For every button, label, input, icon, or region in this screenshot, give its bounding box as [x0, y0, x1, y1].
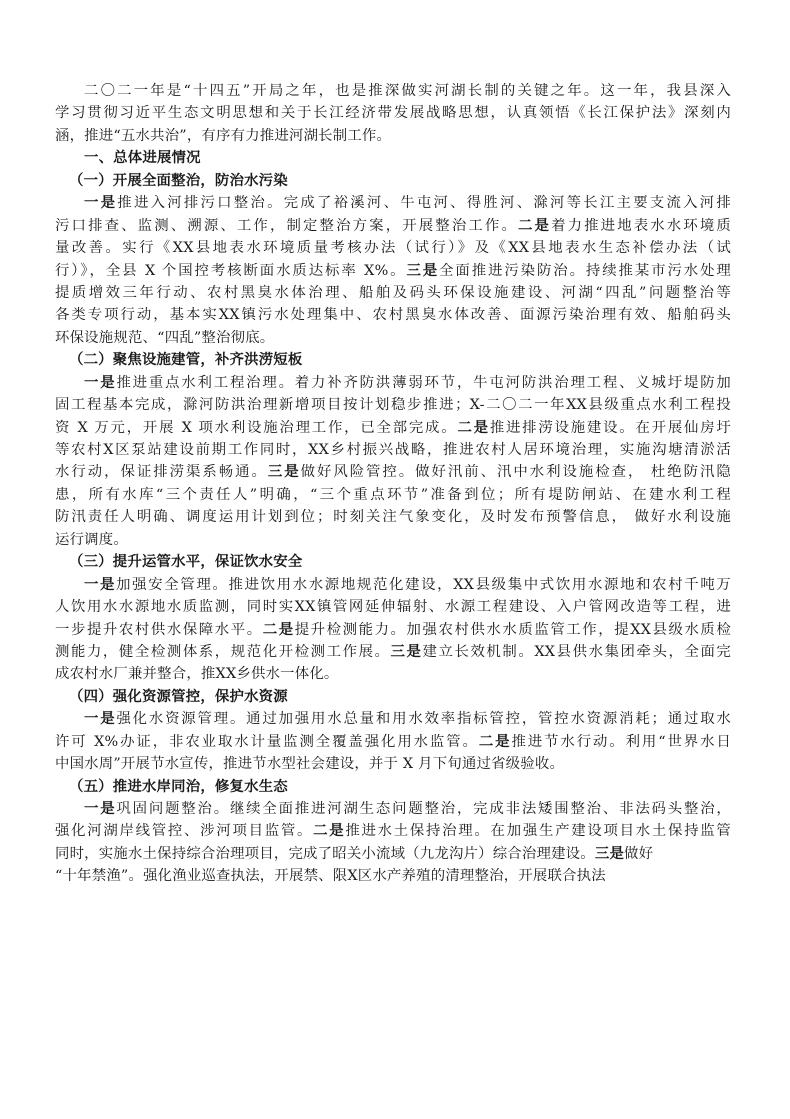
body-line: 资 X 万元，开展 X 项水利设施治理工作，已全部完成。二是推进排涝设施建设。在…	[55, 417, 731, 439]
lead-phrase: 一是	[84, 577, 116, 593]
body-text: 水行动，保证排涝渠系畅通。	[55, 464, 268, 480]
body-line: 成农村水厂兼并整合，推XX乡供水一体化。	[55, 663, 731, 685]
document-page: 二〇二一年是“十四五”开局之年，也是推深做实河湖长制的关键之年。这一年，我县深入…	[55, 80, 731, 888]
body-line: 防汛责任人明确、调度运用计划到位；时刻关注气象变化，及时发布预警信息， 做好水利…	[55, 506, 731, 528]
body-text: 一步提升农村供水保障水平。	[55, 622, 263, 638]
body-text: 资 X 万元，开展 X 项水利设施治理工作，已全部完成。	[55, 420, 457, 436]
body-line: 各类专项行动，基本实XX镇污水处理集中、农村黑臭水体改善、面源污染治理有效、船舶…	[55, 304, 731, 326]
body-text: 巩固问题整治。继续全面推进河湖生态问题整治，完成非法矮围整治、非法码头整治，	[116, 801, 731, 817]
lead-phrase: 二是	[313, 823, 345, 839]
subsection-heading: （三）提升运管水平，保证饮水安全	[55, 551, 731, 573]
body-line: 污口排查、监测、溯源、工作，制定整治方案，开展整治工作。二是着力推进地表水水环境…	[55, 215, 731, 237]
body-text: 污口排查、监测、溯源、工作，制定整治方案，开展整治工作。	[55, 218, 518, 234]
body-line: 一是加强安全管理。推进饮用水水源地规范化建设，XX县级集中式饮用水源地和农村千吨…	[55, 574, 731, 596]
body-text: 推进排涝设施建设。在开展仙房圩	[490, 420, 731, 436]
subsection-heading: （一）开展全面整治，防治水污染	[55, 170, 731, 192]
subsection-heading: （二）聚焦设施建管，补齐洪涝短板	[55, 349, 731, 371]
body-text: 推进节水行动。利用“世界水日	[511, 734, 731, 750]
body-line: 测能力，健全检测体系，规范化开检测工作展。三是建立长效机制。XX县供水集团牵头，…	[55, 641, 731, 663]
body-line: 水行动，保证排涝渠系畅通。三是做好风险管控。做好汛前、汛中水利设施检查， 杜绝防…	[55, 461, 731, 483]
body-line: 行）》，全县 X 个国控考核断面水质达标率 X%。三是全面推进污染防治。持续推某…	[55, 260, 731, 282]
body-text: 行）》，全县 X 个国控考核断面水质达标率 X%。	[55, 263, 406, 279]
intro-line: 涵，推进“五水共治”，有序有力推进河湖长制工作。	[55, 125, 731, 147]
body-text: 推进入河排污口整治。完成了裕溪河、牛屯河、得胜河、滁河等长江主要支流入河排	[117, 195, 731, 211]
lead-phrase: 二是	[263, 622, 295, 638]
body-line: 同时，实施水土保持综合治理项目，完成了昭关小流域（九龙沟片）综合治理建设。三是做…	[55, 843, 731, 865]
body-text: 推进重点水利工程治理。着力补齐防洪薄弱环节，牛屯河防洪治理工程、义城圩堤防加	[116, 375, 731, 391]
lead-phrase: 二是	[518, 218, 551, 234]
lead-phrase: 三是	[268, 464, 301, 480]
lead-phrase: 二是	[479, 734, 512, 750]
body-line: 运行调度。	[55, 529, 731, 551]
body-text: 做好	[624, 846, 653, 862]
body-line: 一是巩固问题整治。继续全面推进河湖生态问题整治，完成非法矮围整治、非法码头整治，	[55, 798, 731, 820]
body-text: 全面推进污染防治。持续推某市污水处理	[439, 263, 731, 279]
section-heading: 一、总体进展情况	[55, 147, 731, 169]
lead-phrase: 三是	[595, 846, 624, 862]
body-text: 同时，实施水土保持综合治理项目，完成了昭关小流域（九龙沟片）综合治理建设。	[55, 846, 595, 862]
body-line: 人饮用水水源地水质监测，同时实XX镇管网延伸辐射、水源工程建设、入户管网改造等工…	[55, 596, 731, 618]
lead-phrase: 一是	[84, 711, 116, 727]
body-line: 环保设施规范、“四乱”整治彻底。	[55, 327, 731, 349]
intro-line: 学习贯彻习近平生态文明思想和关于长江经济带发展战略思想，认真领悟《长江保护法》深…	[55, 102, 731, 124]
body-line: 一步提升农村供水保障水平。二是提升检测能力。加强农村供水水质监管工作，提XX县级…	[55, 619, 731, 641]
intro-line: 二〇二一年是“十四五”开局之年，也是推深做实河湖长制的关键之年。这一年，我县深入	[55, 80, 731, 102]
subsection-heading: （四）强化资源管控，保护水资源	[55, 686, 731, 708]
body-line: 一是强化水资源管理。通过加强用水总量和用水效率指标管控，管控水资源消耗；通过取水	[55, 708, 731, 730]
body-text: 强化水资源管理。通过加强用水总量和用水效率指标管控，管控水资源消耗；通过取水	[116, 711, 731, 727]
lead-phrase: 二是	[457, 420, 489, 436]
lead-phrase: 一是	[84, 801, 116, 817]
body-line: 等农村X区泵站建设前期工作同时，XX乡村振兴战略，推进农村人居环境治理，实施沟塘…	[55, 439, 731, 461]
body-line: 量改善。实行《XX县地表水环境质量考核办法（试行）》及《XX县地表水生态补偿办法…	[55, 237, 731, 259]
body-line: 提质增效三年行动、农村黑臭水体治理、船舶及码头环保设施建设、河湖“四乱”问题整治…	[55, 282, 731, 304]
body-text: 提升检测能力。加强农村供水水质监管工作，提XX县级水质检	[295, 622, 731, 638]
body-line: 一是推进入河排污口整治。完成了裕溪河、牛屯河、得胜河、滁河等长江主要支流入河排	[55, 192, 731, 214]
lead-phrase: 一是	[84, 195, 117, 211]
body-text: 建立长效机制。XX县供水集团牵头，全面完	[423, 644, 732, 660]
body-text: 加强安全管理。推进饮用水水源地规范化建设，XX县级集中式饮用水源地和农村千吨万	[116, 577, 731, 593]
body-line: “十年禁渔”。强化渔业巡查执法，开展禁、限X区水产养殖的清理整治，开展联合执法	[55, 865, 731, 887]
body-line: 固工程基本完成，滁河防洪治理新增项目按计划稳步推进；X-二〇二一年XX县级重点水…	[55, 394, 731, 416]
body-text: 做好风险管控。做好汛前、汛中水利设施检查， 杜绝防汛隐	[301, 464, 731, 480]
body-text: 着力推进地表水水环境质	[551, 218, 731, 234]
subsection-heading: （五）推进水岸同治，修复水生态	[55, 776, 731, 798]
lead-phrase: 三是	[406, 263, 439, 279]
body-text: 强化河湖岸线管控、涉河项目监管。	[55, 823, 313, 839]
body-line: 强化河湖岸线管控、涉河项目监管。二是推进水土保持治理。在加强生产建设项目水土保持…	[55, 820, 731, 842]
lead-phrase: 三是	[391, 644, 423, 660]
body-line: 许可 X%办证，非农业取水计量监测全覆盖强化用水监管。二是推进节水行动。利用“世…	[55, 731, 731, 753]
body-text: 许可 X%办证，非农业取水计量监测全覆盖强化用水监管。	[55, 734, 479, 750]
body-line: 患，所有水库“三个责任人”明确，“三个重点环节”准备到位；所有堤防闸站、在建水利…	[55, 484, 731, 506]
body-text: 推进水土保持治理。在加强生产建设项目水土保持监管	[345, 823, 731, 839]
lead-phrase: 一是	[84, 375, 116, 391]
body-line: 一是推进重点水利工程治理。着力补齐防洪薄弱环节，牛屯河防洪治理工程、义城圩堤防加	[55, 372, 731, 394]
body-text: 测能力，健全检测体系，规范化开检测工作展。	[55, 644, 391, 660]
body-line: 中国水周”开展节水宣传，推进节水型社会建设，并于 X 月下旬通过省级验收。	[55, 753, 731, 775]
